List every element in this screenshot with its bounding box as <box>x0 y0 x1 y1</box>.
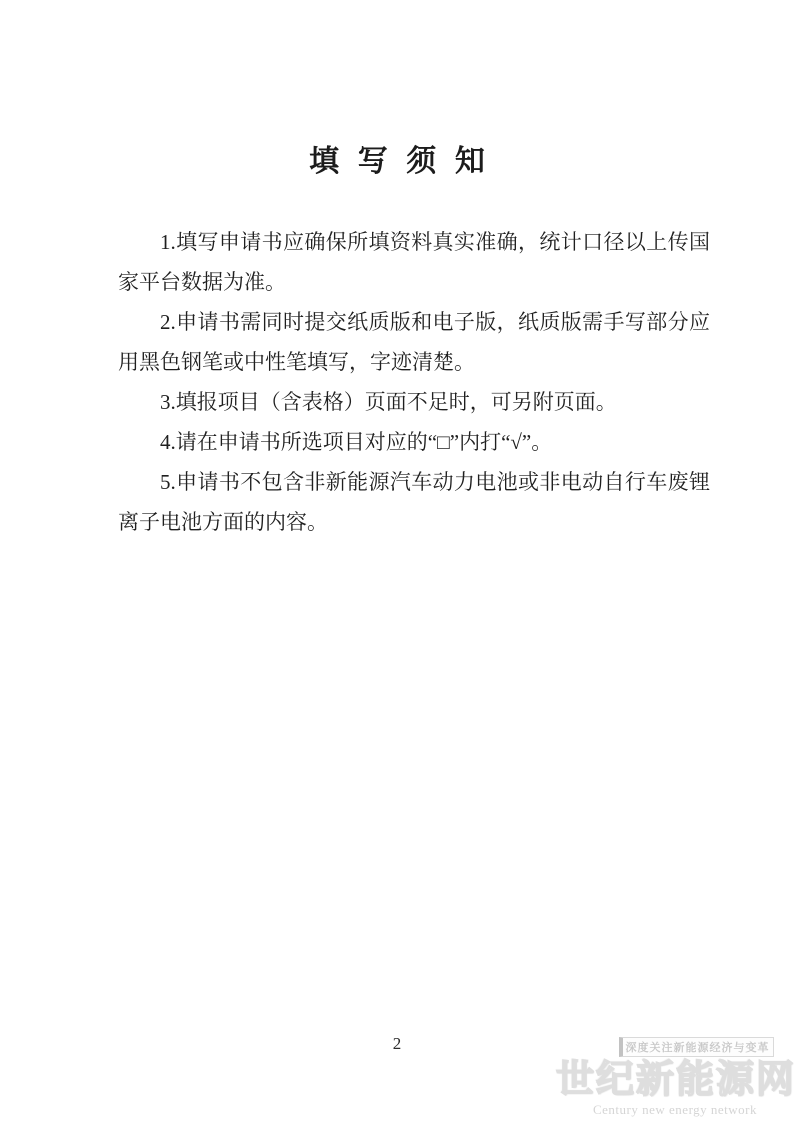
instruction-item-3: 3.填报项目（含表格）页面不足时，可另附页面。 <box>118 382 710 422</box>
document-page: 填写须知 1.填写申请书应确保所填资料真实准确，统计口径以上传国家平台数据为准。… <box>0 0 794 1123</box>
instruction-item-2: 2.申请书需同时提交纸质版和电子版，纸质版需手写部分应用黑色钢笔或中性笔填写，字… <box>118 302 710 382</box>
watermark-site-name: 世纪新能源网 <box>556 1059 794 1101</box>
page-number: 2 <box>0 1034 794 1054</box>
watermark-site-name-english: Century new energy network <box>556 1102 794 1118</box>
instructions-list: 1.填写申请书应确保所填资料真实准确，统计口径以上传国家平台数据为准。 2.申请… <box>118 222 710 542</box>
instruction-item-1: 1.填写申请书应确保所填资料真实准确，统计口径以上传国家平台数据为准。 <box>118 222 710 302</box>
instruction-item-4: 4.请在申请书所选项目对应的“□”内打“√”。 <box>118 422 710 462</box>
instruction-item-5: 5.申请书不包含非新能源汽车动力电池或非电动自行车废锂离子电池方面的内容。 <box>118 462 710 542</box>
page-title: 填写须知 <box>0 136 794 180</box>
